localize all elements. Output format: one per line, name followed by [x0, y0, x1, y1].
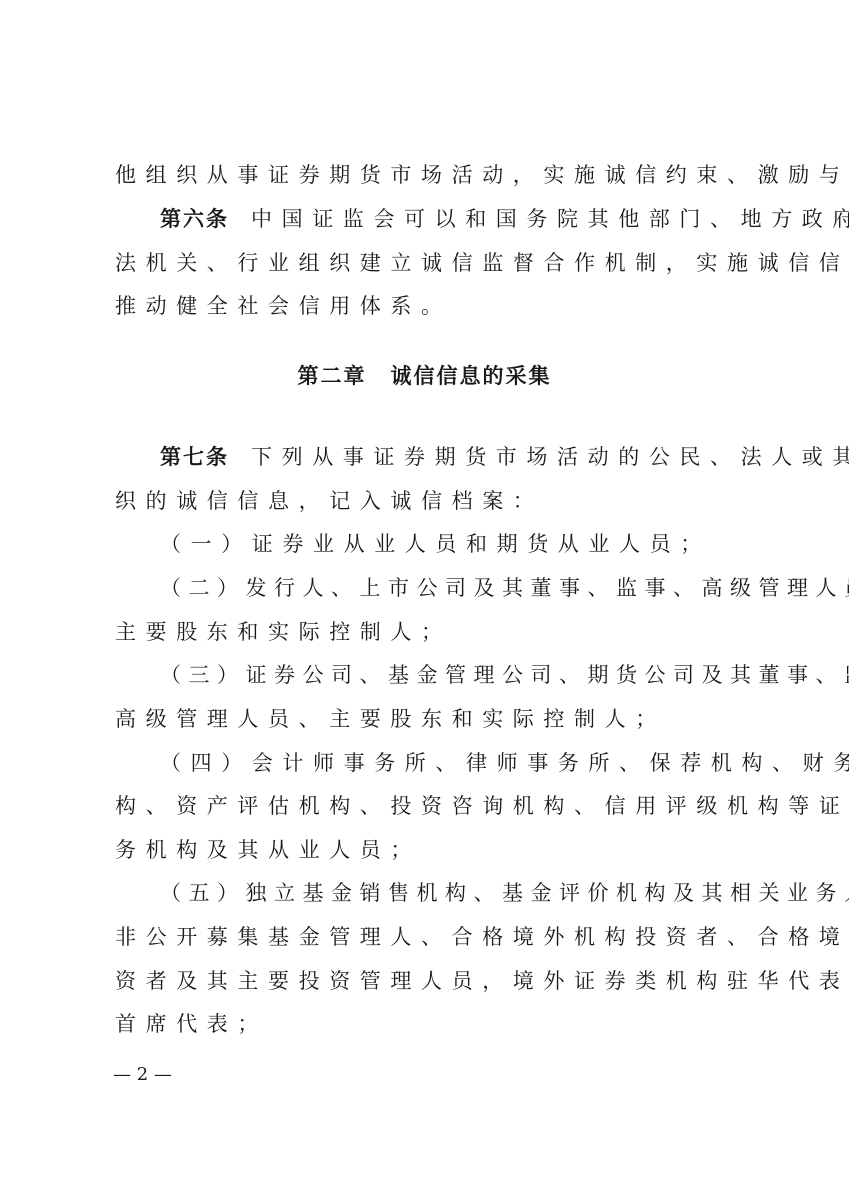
article-7-line-2: 织的诚信信息，记入诚信档案： — [115, 486, 735, 516]
item-4-line-2: 构、资产评估机构、投资咨询机构、信用评级机构等证券期货服 — [115, 791, 735, 821]
item-5-line-2: 非公开募集基金管理人、合格境外机构投资者、合格境内机构投 — [115, 922, 735, 952]
chapter-number: 第二章 — [298, 364, 367, 388]
item-3-line-1: （三）证券公司、基金管理公司、期货公司及其董事、监事、 — [160, 660, 735, 690]
article-6-line-1: 第六条中国证监会可以和国务院其他部门、地方政府、司 — [160, 204, 735, 234]
item-2-line-2: 主要股东和实际控制人； — [115, 617, 735, 647]
paragraph-line: 他组织从事证券期货市场活动，实施诚信约束、激励与引导。 — [115, 160, 735, 190]
chapter-heading: 第二章诚信信息的采集 — [0, 361, 849, 391]
item-3-line-2: 高级管理人员、主要股东和实际控制人； — [115, 704, 735, 734]
document-page: 他组织从事证券期货市场活动，实施诚信约束、激励与引导。 第六条中国证监会可以和国… — [0, 0, 849, 1200]
page-number: — 2 — — [113, 1063, 172, 1087]
article-6-line-3: 推动健全社会信用体系。 — [115, 291, 735, 321]
chapter-title: 诚信信息的采集 — [391, 364, 552, 388]
article-7-heading: 第七条 — [160, 445, 229, 469]
article-6-heading: 第六条 — [160, 207, 229, 231]
item-1-line-1: （一）证券业从业人员和期货从业人员； — [160, 529, 735, 559]
item-4-line-3: 务机构及其从业人员； — [115, 835, 735, 865]
article-7-line-1: 第七条下列从事证券期货市场活动的公民、法人或其他组 — [160, 442, 735, 472]
item-2-line-1: （二）发行人、上市公司及其董事、监事、高级管理人员、 — [160, 573, 735, 603]
article-7-text: 下列从事证券期货市场活动的公民、法人或其他组 — [251, 445, 849, 469]
item-5-line-4: 首席代表； — [115, 1009, 735, 1039]
article-6-text: 中国证监会可以和国务院其他部门、地方政府、司 — [251, 207, 849, 231]
article-6-line-2: 法机关、行业组织建立诚信监督合作机制，实施诚信信息共享， — [115, 248, 735, 278]
item-5-line-3: 资者及其主要投资管理人员，境外证券类机构驻华代表机构及其 — [115, 966, 735, 996]
item-5-line-1: （五）独立基金销售机构、基金评价机构及其相关业务人员， — [160, 878, 735, 908]
item-4-line-1: （四）会计师事务所、律师事务所、保荐机构、财务顾问机 — [160, 748, 735, 778]
